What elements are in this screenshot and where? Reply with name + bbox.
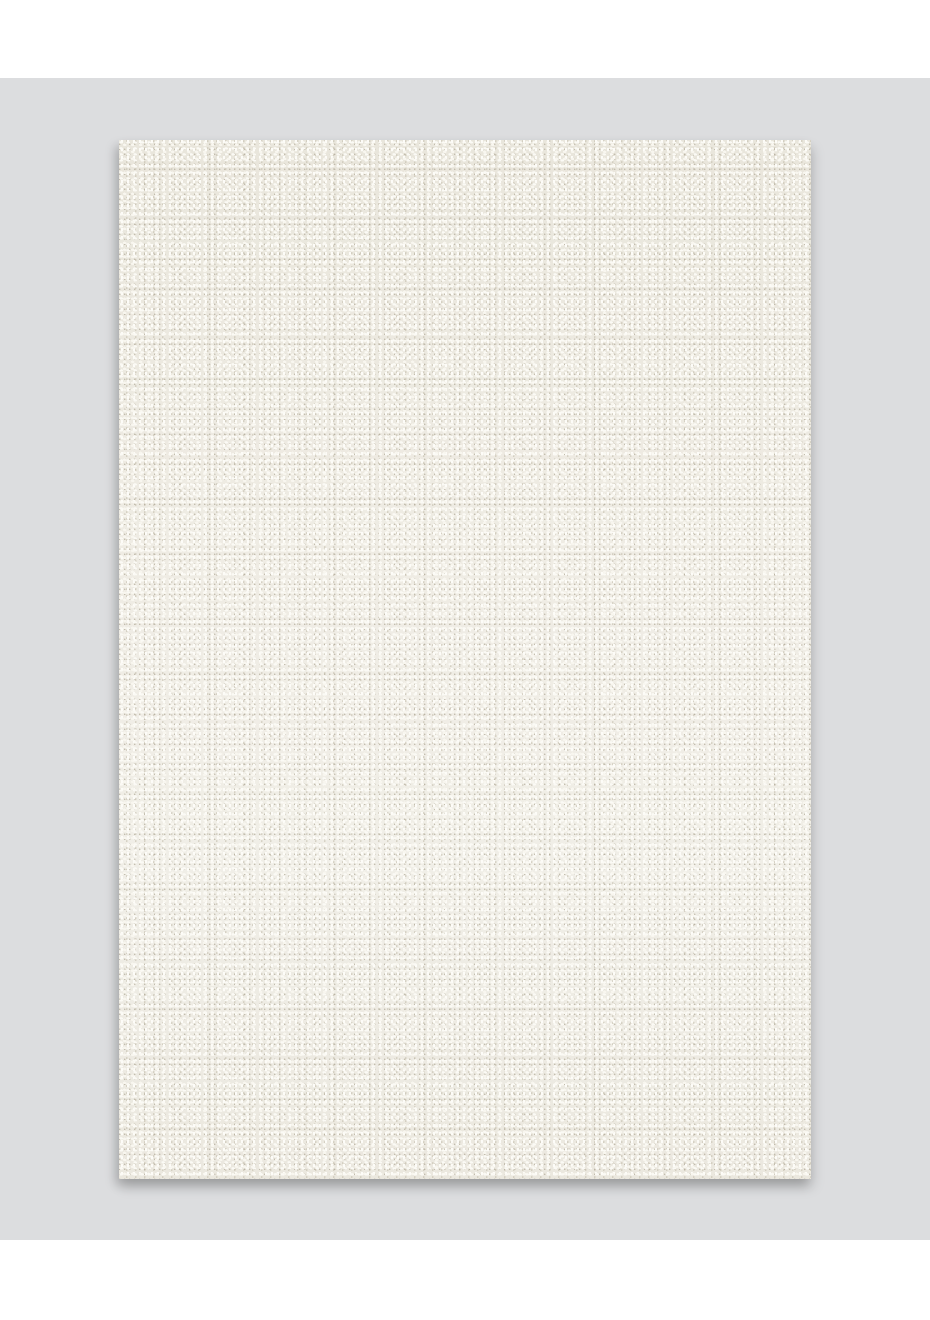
- rug-product-image: [119, 140, 811, 1179]
